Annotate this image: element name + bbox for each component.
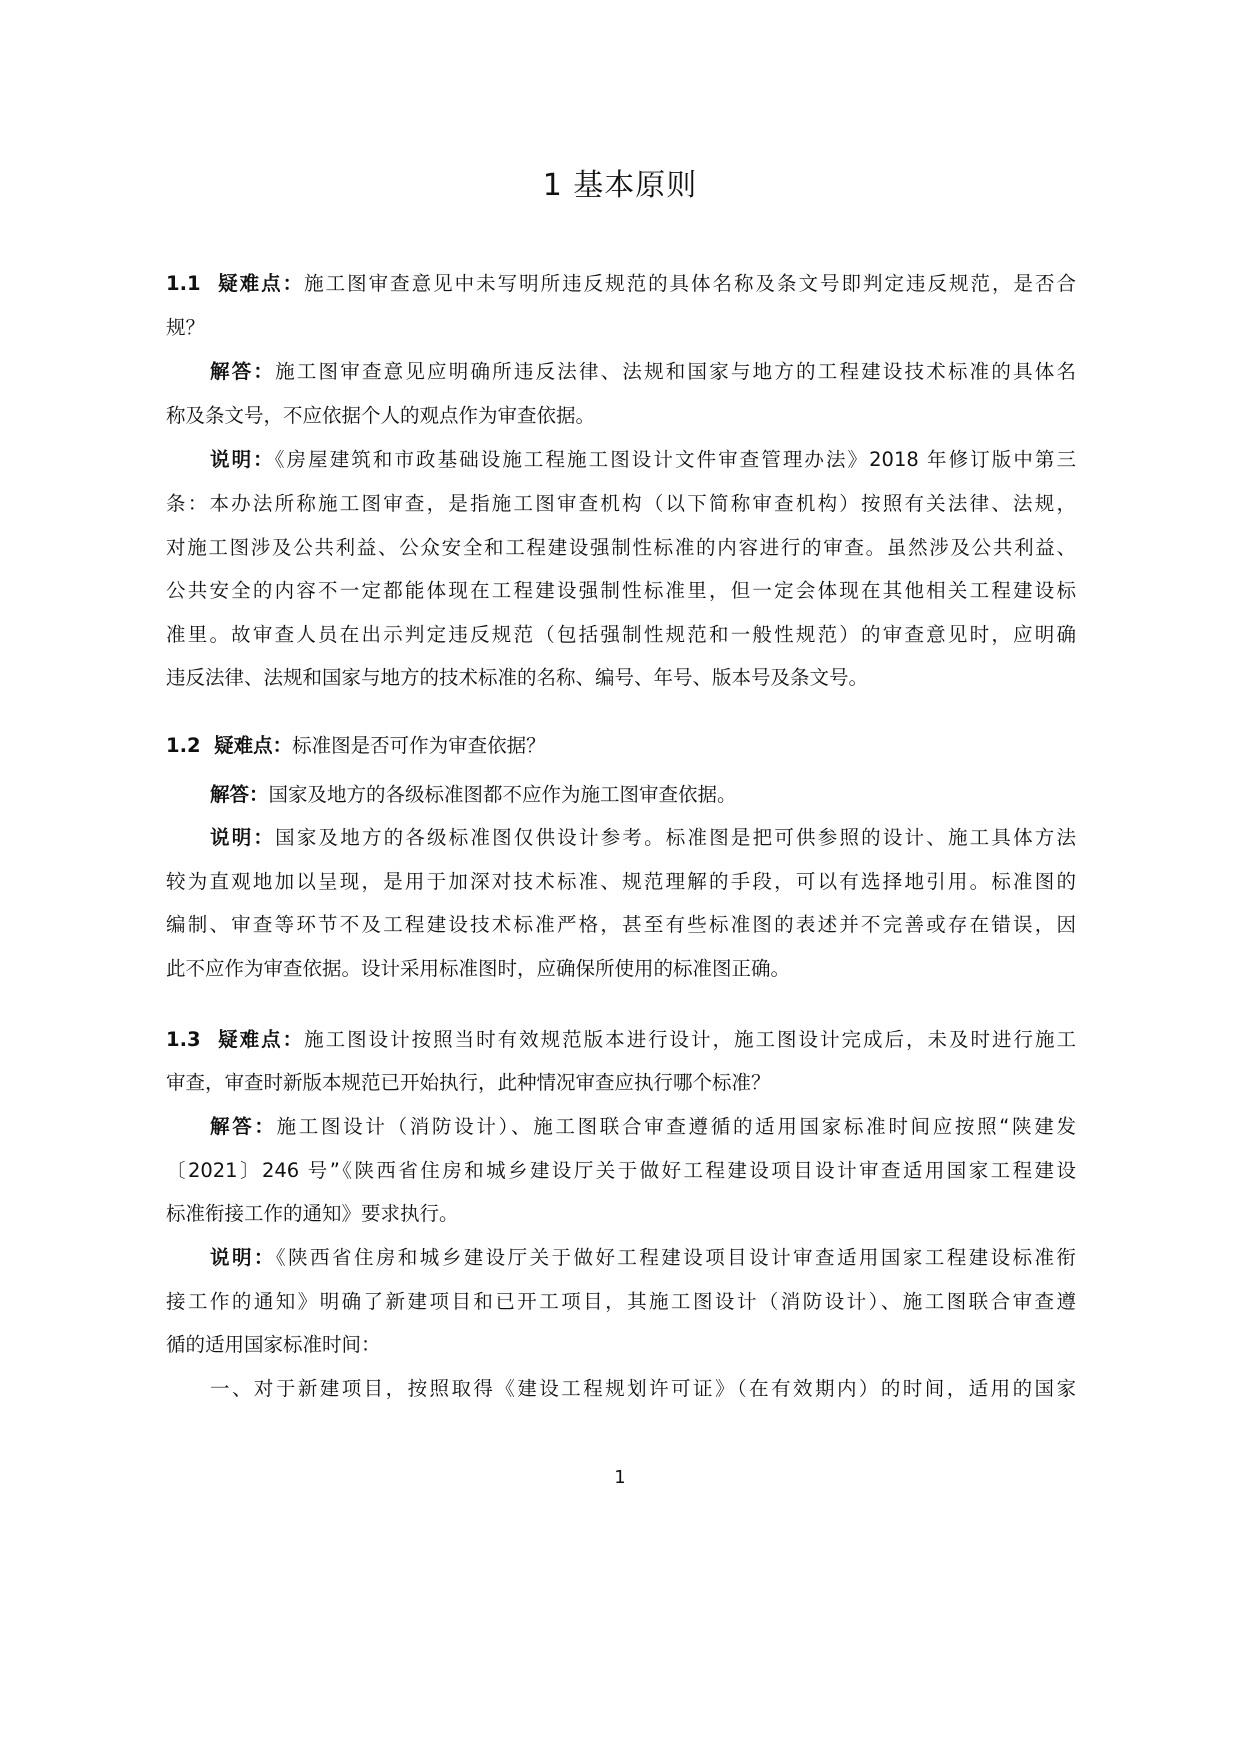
explanation-1-2-line-4: 此不应作为审查依据。设计采用标准图时，应确保所使用的标准图正确。 [166, 955, 1076, 983]
question-1-2-line-1: 1.2 疑难点：标准图是否可作为审查依据？ [166, 732, 1076, 760]
document-page: 1 基本原则 1.1 疑难点：施工图审查意见中未写明所违反规范的具体名称及条文号… [0, 0, 1240, 1753]
answer-label: 解答： [210, 360, 275, 383]
answer-1-3-line-2: 〔2021〕246 号”《陕西省住房和城乡建设厅关于做好工程建设项目设计审查适用… [166, 1157, 1076, 1185]
question-number: 1.2 [166, 734, 201, 757]
chapter-title: 1 基本原则 [0, 166, 1240, 206]
answer-label: 解答： [210, 783, 269, 806]
answer-1-2-line-1: 解答：国家及地方的各级标准图都不应作为施工图审查依据。 [210, 781, 1076, 809]
question-number: 1.3 [166, 1028, 201, 1051]
question-1-3-line-1: 1.3 疑难点：施工图设计按照当时有效规范版本进行设计，施工图设计完成后，未及时… [166, 1026, 1076, 1054]
question-label: 疑难点： [218, 272, 304, 295]
answer-1-1-line-2: 称及条文号，不应依据个人的观点作为审查依据。 [166, 402, 1076, 430]
explanation-label: 说明： [210, 826, 275, 849]
question-label: 疑难点： [218, 1028, 304, 1051]
explanation-1-2-line-1: 说明：国家及地方的各级标准图仅供设计参考。标准图是把可供参照的设计、施工具体方法 [210, 824, 1076, 852]
question-1-3-line-2: 审查，审查时新版本规范已开始执行，此种情况审查应执行哪个标准？ [166, 1069, 1076, 1097]
explanation-1-1-line-2: 条：本办法所称施工图审查，是指施工图审查机构（以下简称审查机构）按照有关法律、法… [166, 490, 1076, 518]
answer-1-3-line-3: 标准衔接工作的通知》要求执行。 [166, 1200, 1076, 1228]
question-1-1-line-1: 1.1 疑难点：施工图审查意见中未写明所违反规范的具体名称及条文号即判定违反规范… [166, 270, 1076, 298]
explanation-1-2-line-2: 较为直观地加以呈现，是用于加深对技术标准、规范理解的手段，可以有选择地引用。标准… [166, 868, 1076, 896]
explanation-1-3-line-1: 说明：《陕西省住房和城乡建设厅关于做好工程建设项目设计审查适用国家工程建设标准衔 [210, 1244, 1076, 1272]
list-item-1-line-1: 一、对于新建项目，按照取得《建设工程规划许可证》（在有效期内）的时间，适用的国家 [210, 1375, 1076, 1403]
explanation-1-3-line-2: 接工作的通知》明确了新建项目和已开工项目，其施工图设计（消防设计）、施工图联合审… [166, 1288, 1076, 1316]
page-number: 1 [0, 1464, 1240, 1492]
question-1-1-line-2: 规？ [166, 314, 1076, 342]
explanation-1-1-line-5: 准里。故审查人员在出示判定违反规范（包括强制性规范和一般性规范）的审查意见时，应… [166, 621, 1076, 649]
explanation-label: 说明： [210, 1246, 276, 1269]
question-number: 1.1 [166, 272, 201, 295]
explanation-1-1-line-6: 违反法律、法规和国家与地方的技术标准的名称、编号、年号、版本号及条文号。 [166, 664, 1076, 692]
question-label: 疑难点： [214, 734, 292, 757]
answer-1-3-line-1: 解答：施工图设计（消防设计）、施工图联合审查遵循的适用国家标准时间应按照“陕建发 [210, 1113, 1076, 1141]
explanation-1-3-line-3: 循的适用国家标准时间： [166, 1331, 1076, 1359]
explanation-1-1-line-3: 对施工图涉及公共利益、公众安全和工程建设强制性标准的内容进行的审查。虽然涉及公共… [166, 534, 1076, 562]
explanation-1-1-line-1: 说明：《房屋建筑和市政基础设施工程施工图设计文件审查管理办法》2018 年修订版… [210, 446, 1076, 474]
answer-label: 解答： [210, 1115, 277, 1138]
question-text: 施工图审查意见中未写明所违反规范的具体名称及条文号即判定违反规范，是否合 [304, 272, 1076, 295]
answer-1-1-line-1: 解答：施工图审查意见应明确所违反法律、法规和国家与地方的工程建设技术标准的具体名 [210, 358, 1076, 386]
explanation-label: 说明： [210, 448, 275, 471]
explanation-1-2-line-3: 编制、审查等环节不及工程建设技术标准严格，甚至有些标准图的表述并不完善或存在错误… [166, 911, 1076, 939]
explanation-1-1-line-4: 公共安全的内容不一定都能体现在工程建设强制性标准里，但一定会体现在其他相关工程建… [166, 577, 1076, 605]
